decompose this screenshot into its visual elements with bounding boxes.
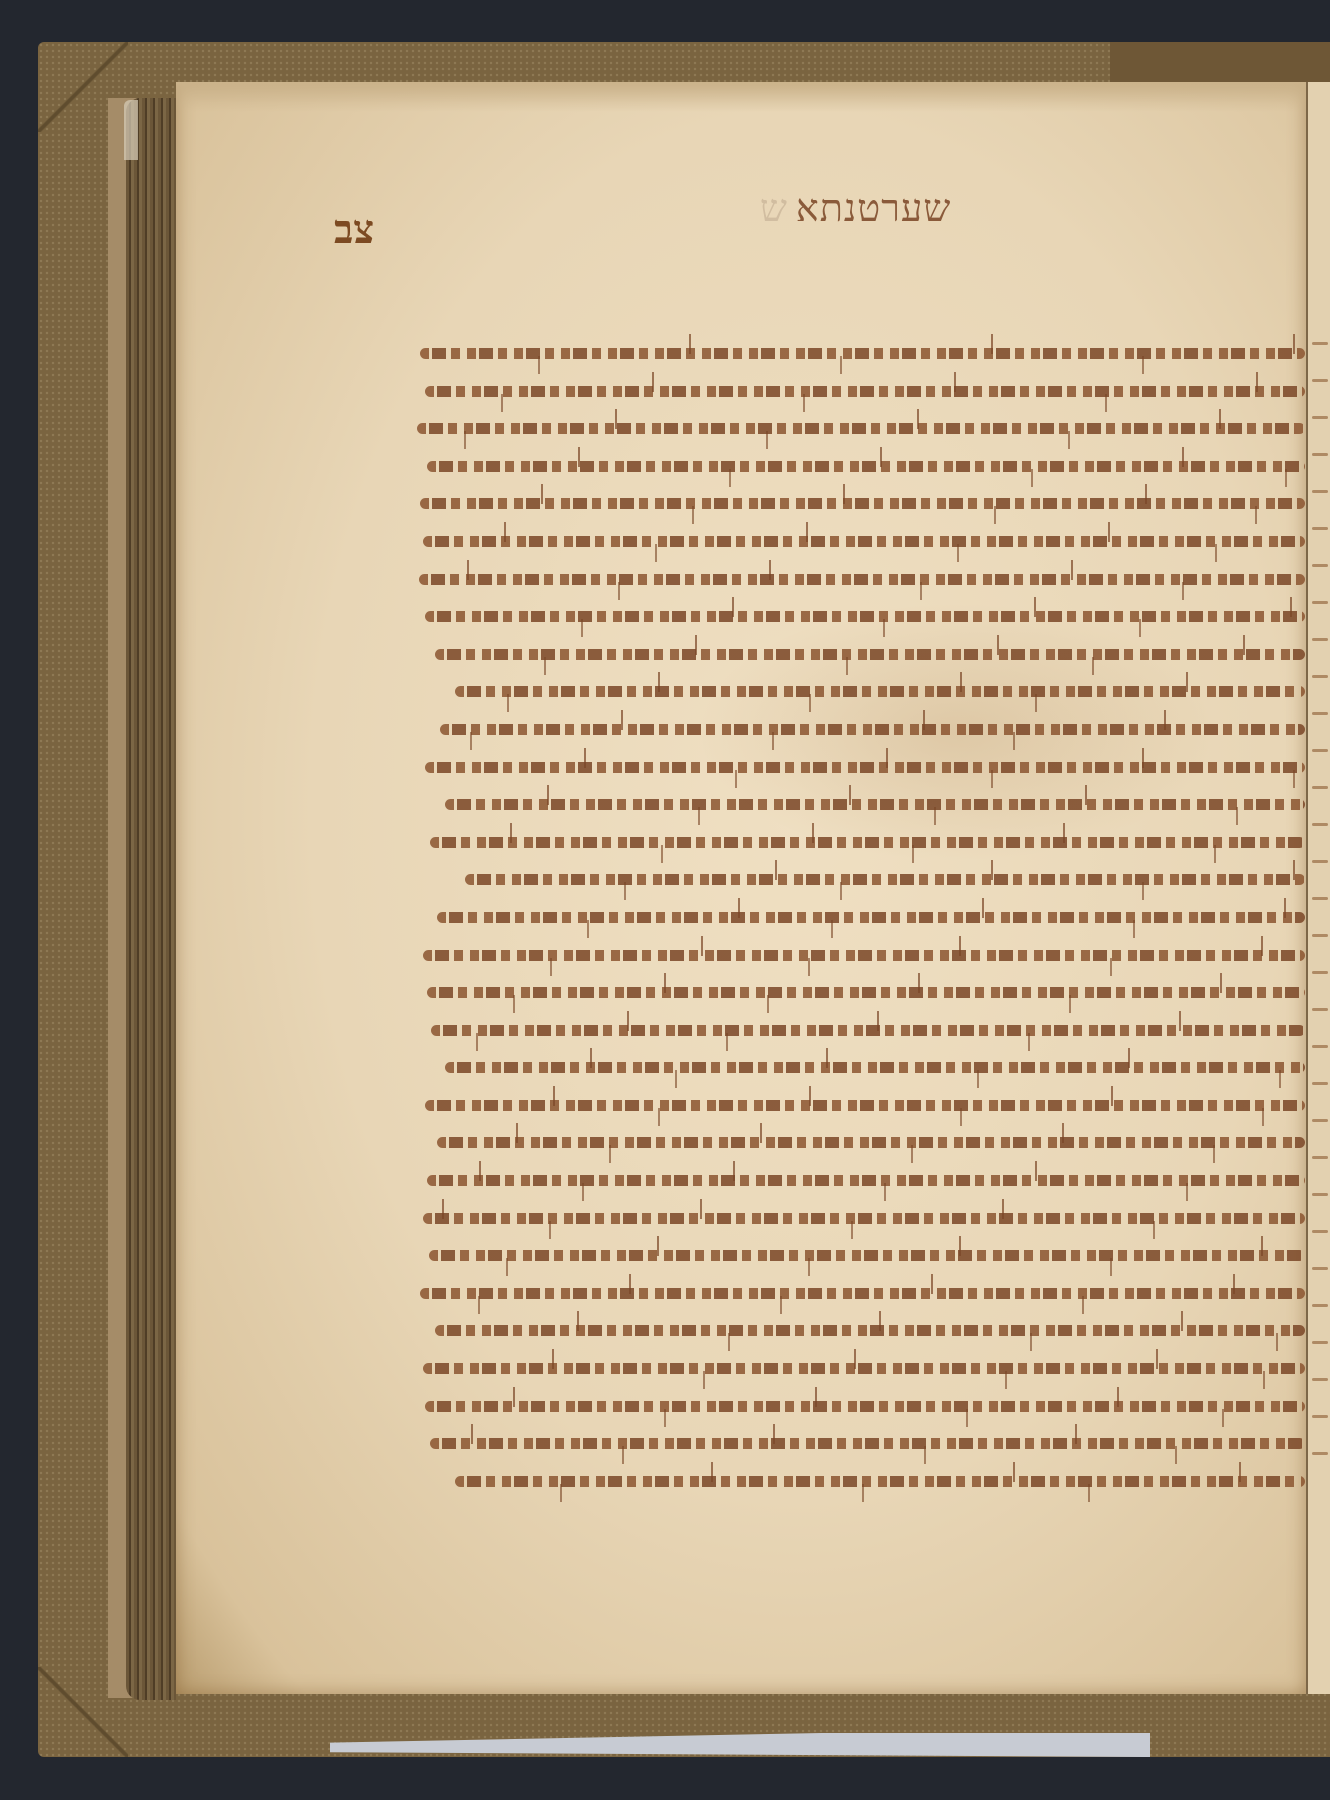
facing-leaf-text-fragment [1312,490,1328,493]
ascender-stroke [733,1161,735,1181]
facing-leaf-text-fragment [1312,1415,1328,1418]
descender-stroke [767,995,769,1013]
facing-leaf-text-fragment [1312,1267,1328,1270]
descender-stroke [1082,1296,1084,1314]
ascender-stroke [982,898,984,918]
manuscript-body-text: [illegible cursive Hebrew][illegible cur… [415,336,1305,1501]
facing-leaf-text-fragment [1312,823,1328,826]
manuscript-line: [illegible cursive Hebrew] [415,750,1305,788]
manuscript-line: [illegible cursive Hebrew] [415,1163,1305,1201]
descender-stroke [851,1221,853,1239]
descender-stroke [957,544,959,562]
page-block-edges [126,98,176,1700]
descender-stroke [1068,431,1070,449]
ascender-stroke [954,372,956,392]
manuscript-line: [illegible cursive Hebrew] [415,938,1305,976]
descender-stroke [911,1145,913,1163]
ascender-stroke [849,785,851,805]
ascender-stroke [1013,1462,1015,1482]
descender-stroke [476,1033,478,1051]
ascender-stroke [504,522,506,542]
ascender-stroke [590,1048,592,1068]
descender-stroke [1293,770,1295,788]
descender-stroke [1279,1070,1281,1088]
descender-stroke [809,694,811,712]
manuscript-line: [illegible cursive Hebrew] [415,1313,1305,1351]
ascender-stroke [738,898,740,918]
ascender-stroke [516,1123,518,1143]
ascender-stroke [467,560,469,580]
descender-stroke [618,582,620,600]
descender-stroke [772,732,774,750]
ascender-stroke [442,1199,444,1219]
facing-leaf-text-fragment [1312,786,1328,789]
descender-stroke [780,1296,782,1314]
ascender-stroke [584,748,586,768]
descender-stroke [664,1409,666,1427]
facing-leaf-text-fragment [1312,1156,1328,1159]
descender-stroke [1182,582,1184,600]
facing-leaf-text-fragment [1312,564,1328,567]
ascender-stroke [1075,1424,1077,1444]
descender-stroke [1139,619,1141,637]
facing-leaf-text-fragment [1312,638,1328,641]
ascender-stroke [1071,560,1073,580]
descender-stroke [991,770,993,788]
ascender-stroke [775,860,777,880]
facing-leaf-text-fragment [1312,1193,1328,1196]
descender-stroke [582,1183,584,1201]
descender-stroke [698,807,700,825]
ascender-stroke [959,1236,961,1256]
descender-stroke [501,394,503,412]
descender-stroke [766,431,768,449]
ascender-stroke [1062,1123,1064,1143]
manuscript-line: [illegible cursive Hebrew] [415,1351,1305,1389]
facing-leaf-text-fragment [1312,897,1328,900]
ascender-stroke [629,1274,631,1294]
descender-stroke [1236,807,1238,825]
manuscript-line: [illegible cursive Hebrew] [415,1050,1305,1088]
facing-leaf-text-fragment [1312,527,1328,530]
ascender-stroke [997,635,999,655]
descender-stroke [884,1183,886,1201]
manuscript-line: [illegible cursive Hebrew] [415,336,1305,374]
descender-stroke [1262,1108,1264,1126]
descender-stroke [726,1033,728,1051]
ascender-stroke [471,1424,473,1444]
ascender-stroke [695,635,697,655]
descender-stroke [538,356,540,374]
manuscript-line: [illegible cursive Hebrew] [415,374,1305,412]
ascender-stroke [1063,823,1065,843]
ascender-stroke [769,560,771,580]
manuscript-line: [illegible cursive Hebrew] [415,411,1305,449]
descender-stroke [658,1108,660,1126]
ascender-stroke [815,1387,817,1407]
descender-stroke [513,995,515,1013]
manuscript-line: [illegible cursive Hebrew] [415,1389,1305,1427]
ascender-stroke [880,447,882,467]
descender-stroke [1110,958,1112,976]
manuscript-line: [illegible cursive Hebrew] [415,787,1305,825]
descender-stroke [506,1258,508,1276]
manuscript-line: [illegible cursive Hebrew] [415,1088,1305,1126]
descender-stroke [1110,1258,1112,1276]
descender-stroke [808,1258,810,1276]
facing-leaf-text-fragment [1312,860,1328,863]
ascender-stroke [541,484,543,504]
ascender-stroke [806,522,808,542]
descender-stroke [507,694,509,712]
ascender-stroke [547,785,549,805]
descender-stroke [1133,920,1135,938]
descender-stroke [1186,1183,1188,1201]
ascender-stroke [1002,1199,1004,1219]
descender-stroke [581,619,583,637]
descender-stroke [544,657,546,675]
descender-stroke [912,845,914,863]
descender-stroke [587,920,589,938]
ascender-stroke [711,1462,713,1482]
ascender-stroke [991,860,993,880]
ascender-stroke [621,710,623,730]
descender-stroke [1214,845,1216,863]
descender-stroke [609,1145,611,1163]
manuscript-line: [illegible cursive Hebrew] [415,599,1305,637]
ascender-stroke [931,1274,933,1294]
ascender-stroke [552,1349,554,1369]
descender-stroke [846,657,848,675]
ascender-stroke [773,1424,775,1444]
descender-stroke [920,582,922,600]
descender-stroke [470,732,472,750]
descender-stroke [840,356,842,374]
manuscript-line: [illegible cursive Hebrew] [415,825,1305,863]
ascender-stroke [917,409,919,429]
ascender-stroke [577,1311,579,1331]
facing-leaf-text-fragment [1312,342,1328,345]
manuscript-line: [illegible cursive Hebrew] [415,637,1305,675]
descender-stroke [1263,1371,1265,1389]
descender-stroke [549,1221,551,1239]
facing-leaf-text-fragment [1312,971,1328,974]
ascender-stroke [1034,597,1036,617]
manuscript-line: [illegible cursive Hebrew] [415,712,1305,750]
descender-stroke [1013,732,1015,750]
facing-leaf-text-fragment [1312,1119,1328,1122]
running-head-faded: ש [760,186,788,230]
facing-leaf-text-fragment [1312,1341,1328,1344]
running-head-text: שערטנתא [796,186,951,230]
facing-leaf-text-fragment [1312,416,1328,419]
ascender-stroke [877,1011,879,1031]
descender-stroke [1142,882,1144,900]
descender-stroke [1005,1371,1007,1389]
facing-leaf-text-fragment [1312,1082,1328,1085]
descender-stroke [661,845,663,863]
descender-stroke [883,619,885,637]
facing-leaf-edge [1306,82,1330,1694]
descender-stroke [560,1484,562,1502]
descender-stroke [1028,1033,1030,1051]
descender-stroke [977,1070,979,1088]
descender-stroke [1285,469,1287,487]
page-number: צב [334,206,374,253]
descender-stroke [729,469,731,487]
ascender-stroke [760,1123,762,1143]
facing-leaf-text-fragment [1312,1452,1328,1455]
manuscript-line: [illegible cursive Hebrew] [415,1013,1305,1051]
ascender-stroke [689,334,691,354]
manuscript-line: [illegible cursive Hebrew] [415,1125,1305,1163]
facing-leaf-text-fragment [1312,1378,1328,1381]
manuscript-line: [illegible cursive Hebrew] [415,1201,1305,1239]
facing-leaf-text-fragment [1312,712,1328,715]
facing-leaf-text-fragment [1312,453,1328,456]
facing-leaf-text-fragment [1312,1304,1328,1307]
descender-stroke [1153,1221,1155,1239]
descender-stroke [862,1484,864,1502]
descender-stroke [728,1333,730,1351]
manuscript-line: [illegible cursive Hebrew] [415,900,1305,938]
descender-stroke [960,1108,962,1126]
manuscript-line: [illegible cursive Hebrew] [415,975,1305,1013]
descender-stroke [622,1446,624,1464]
top-cover-edge [1110,42,1330,82]
descender-stroke [803,394,805,412]
manuscript-line: [illegible cursive Hebrew] [415,449,1305,487]
ascender-stroke [664,973,666,993]
ascender-stroke [960,672,962,692]
ascender-stroke [701,936,703,956]
running-head: שערטנתאש [760,186,951,231]
descender-stroke [624,882,626,900]
descender-stroke [655,544,657,562]
descender-stroke [1105,394,1107,412]
ascender-stroke [615,409,617,429]
ascender-stroke [553,1086,555,1106]
ascender-stroke [578,447,580,467]
descender-stroke [1069,995,1071,1013]
descender-stroke [808,958,810,976]
descender-stroke [703,1371,705,1389]
manuscript-line: [illegible cursive Hebrew] [415,1426,1305,1464]
ascender-stroke [879,1311,881,1331]
descender-stroke [966,1409,968,1427]
ascender-stroke [854,1349,856,1369]
descender-stroke [1035,694,1037,712]
ascender-stroke [918,973,920,993]
manuscript-line: [illegible cursive Hebrew] [415,524,1305,562]
facing-leaf-text-fragment [1312,934,1328,937]
ascender-stroke [886,748,888,768]
ascender-stroke [843,484,845,504]
facing-leaf-text-fragment [1312,675,1328,678]
manuscript-line: [illegible cursive Hebrew] [415,1464,1305,1502]
ascender-stroke [479,1161,481,1181]
ascender-stroke [627,1011,629,1031]
ascender-stroke [991,334,993,354]
descender-stroke [934,807,936,825]
ascender-stroke [652,372,654,392]
ascender-stroke [1035,1161,1037,1181]
descender-stroke [478,1296,480,1314]
manuscript-line: [illegible cursive Hebrew] [415,486,1305,524]
facing-leaf-text-fragment [1312,601,1328,604]
ascender-stroke [657,1236,659,1256]
descender-stroke [735,770,737,788]
facing-leaf-text-fragment [1312,379,1328,382]
descender-stroke [692,506,694,524]
facing-leaf-text-fragment [1312,1008,1328,1011]
ascender-stroke [809,1086,811,1106]
ascender-stroke [812,823,814,843]
descender-stroke [1215,544,1217,562]
descender-stroke [550,958,552,976]
descender-stroke [924,1446,926,1464]
manuscript-line: [illegible cursive Hebrew] [415,562,1305,600]
descender-stroke [1222,1409,1224,1427]
ascender-stroke [959,936,961,956]
manuscript-line: [illegible cursive Hebrew] [415,1276,1305,1314]
facing-leaf-text-fragment [1312,1045,1328,1048]
descender-stroke [1213,1145,1215,1163]
descender-stroke [675,1070,677,1088]
ascender-stroke [732,597,734,617]
leaf-top-discoloration [176,82,1306,112]
page-edge-highlight [124,100,138,160]
ascender-stroke [658,672,660,692]
manuscript-line: [illegible cursive Hebrew] [415,674,1305,712]
ascender-stroke [513,1387,515,1407]
descender-stroke [831,920,833,938]
descender-stroke [1142,356,1144,374]
descender-stroke [1031,469,1033,487]
descender-stroke [464,431,466,449]
manuscript-line: [illegible cursive Hebrew] [415,1238,1305,1276]
descender-stroke [1276,1333,1278,1351]
descender-stroke [840,882,842,900]
ascender-stroke [510,823,512,843]
ascender-stroke [923,710,925,730]
ascender-stroke [826,1048,828,1068]
facing-leaf-text-fragment [1312,1230,1328,1233]
descender-stroke [1088,1484,1090,1502]
ascender-stroke [700,1199,702,1219]
descender-stroke [1030,1333,1032,1351]
facing-leaf-text-fragment [1312,749,1328,752]
ascender-stroke [1085,785,1087,805]
descender-stroke [1255,506,1257,524]
descender-stroke [1092,657,1094,675]
descender-stroke [994,506,996,524]
descender-stroke [1175,1446,1177,1464]
manuscript-line: [illegible cursive Hebrew] [415,862,1305,900]
